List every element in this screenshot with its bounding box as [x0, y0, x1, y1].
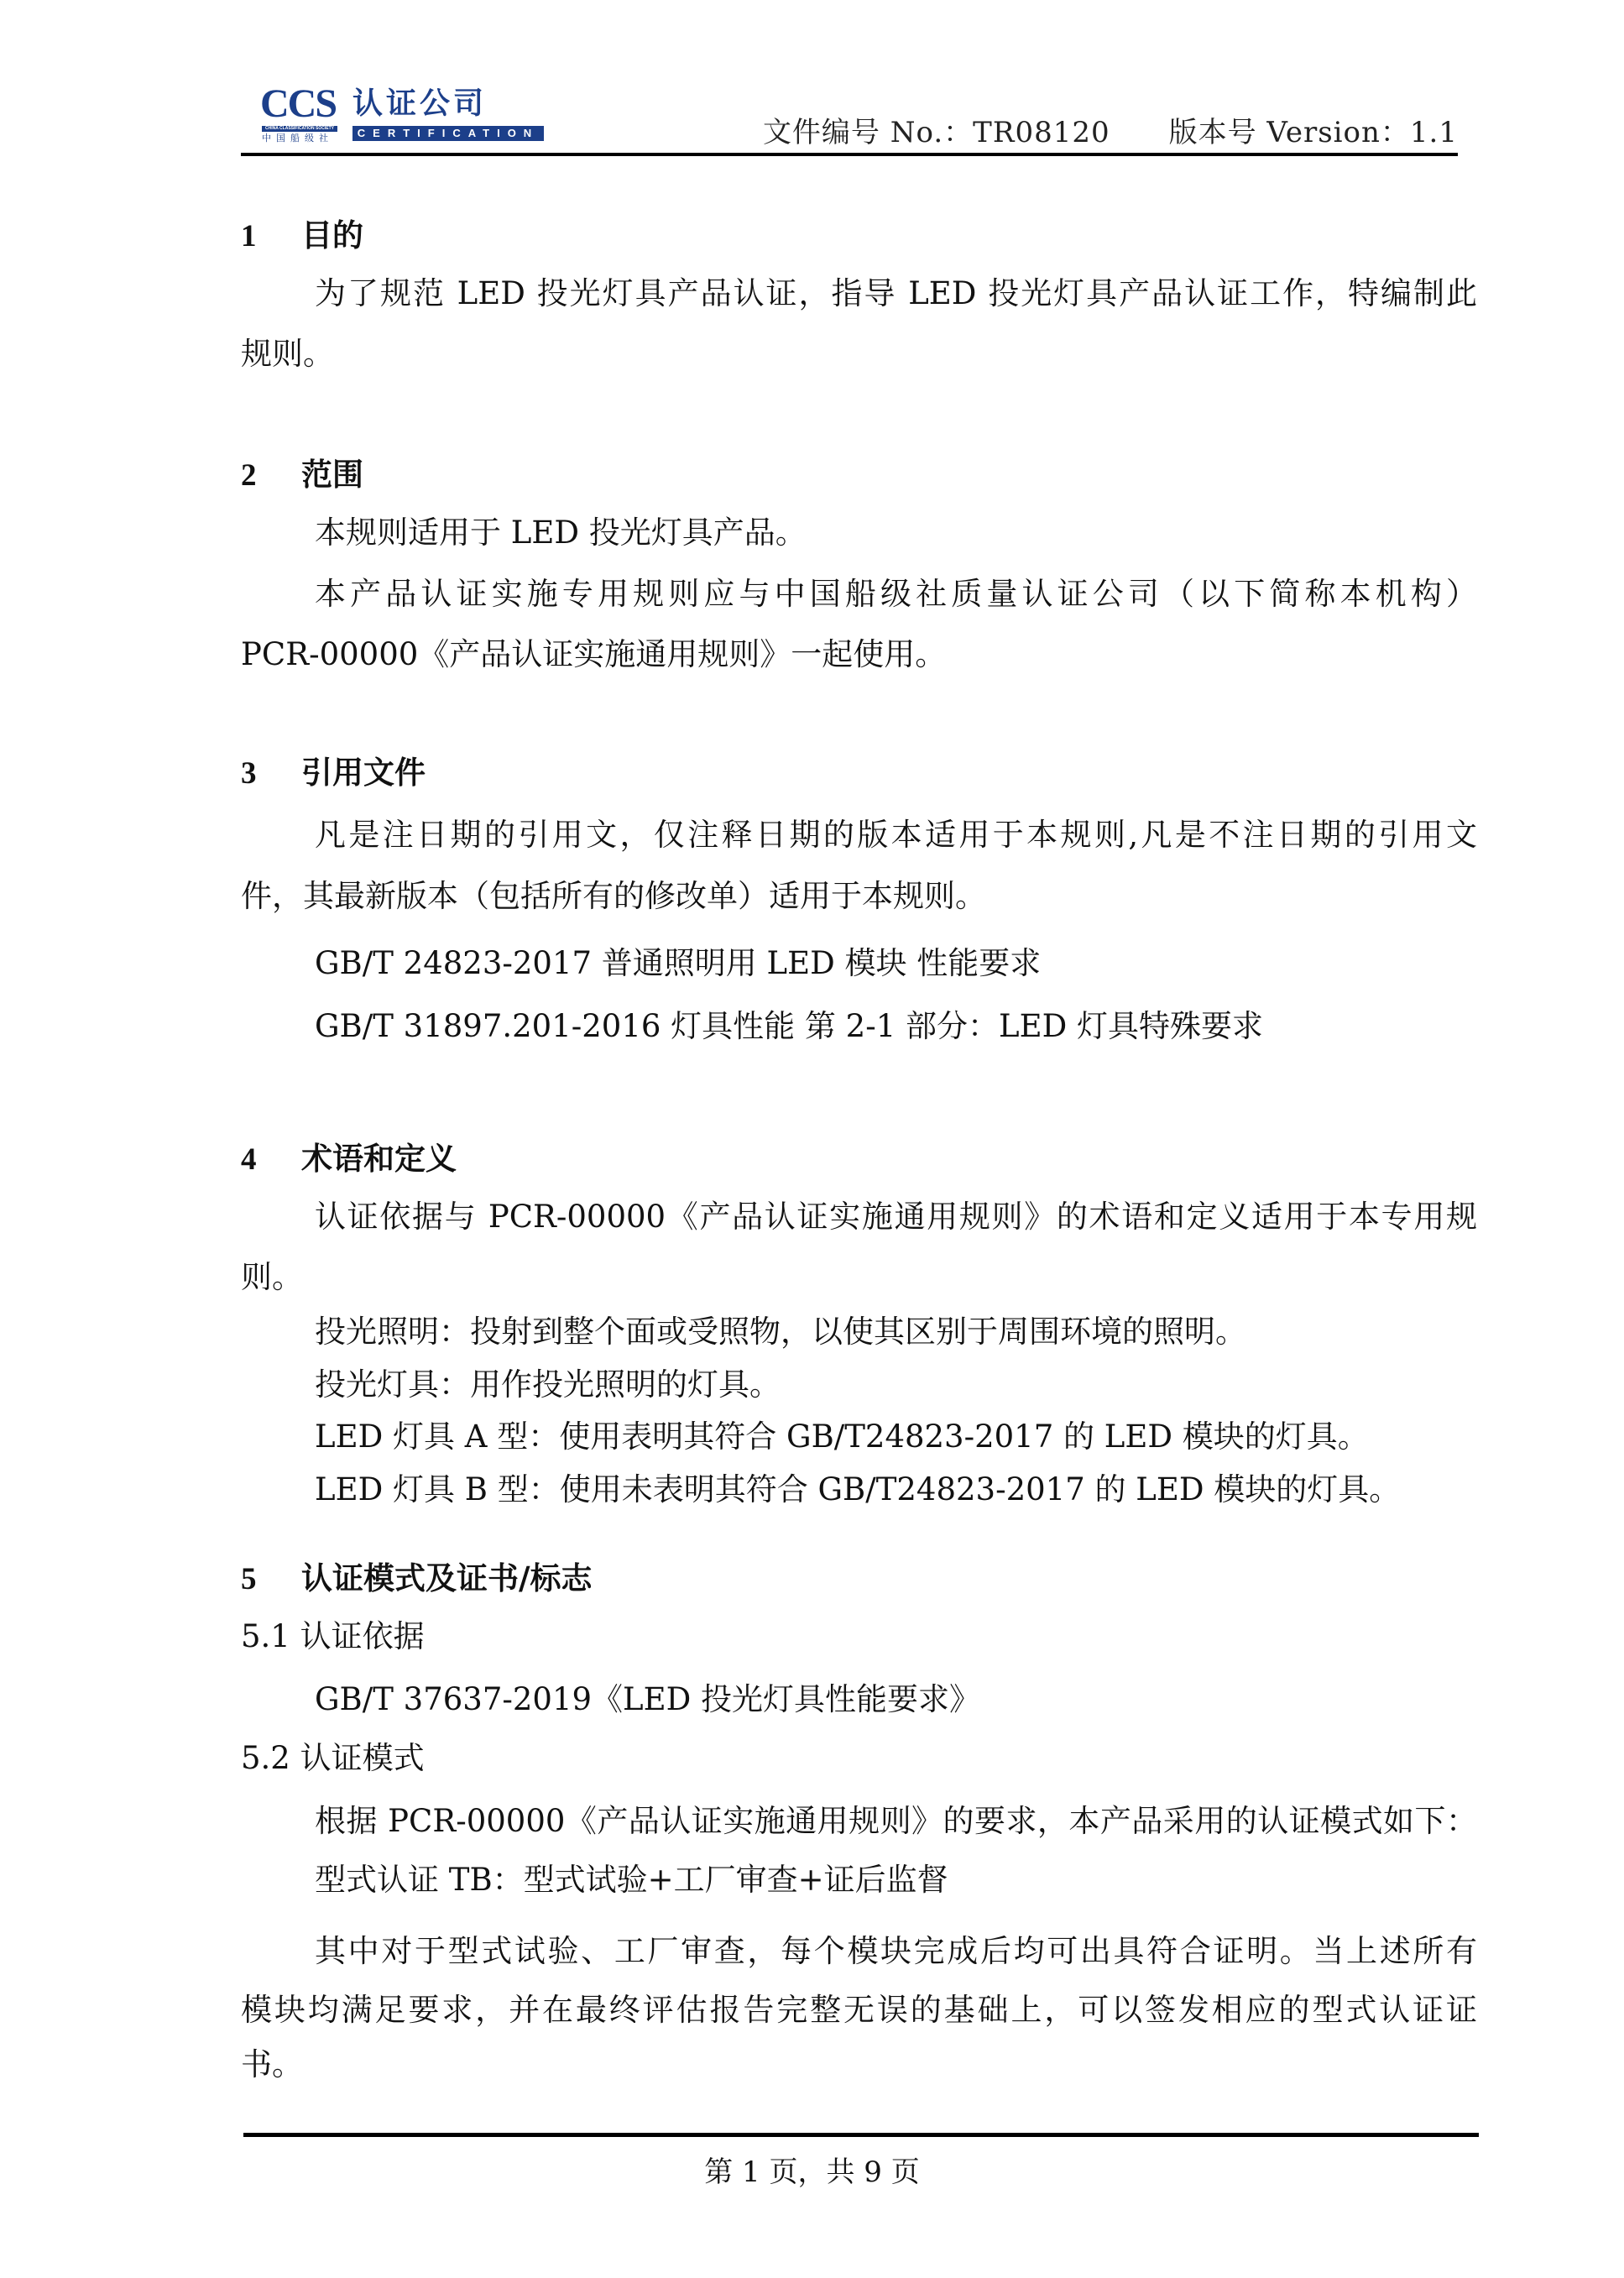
- paragraph-line: 其中对于型式试验、工厂审查，每个模块完成后均可出具符合证明。当上述所有: [315, 1933, 1477, 1970]
- paragraph-line: 本规则适用于 LED 投光灯具产品。: [315, 515, 1477, 551]
- definition-line: 投光灯具：用作投光照明的灯具。: [315, 1366, 1477, 1403]
- section-4-heading: 4术语和定义: [241, 1140, 1477, 1178]
- section-title: 引用文件: [301, 754, 426, 791]
- company-cn-label: 认证公司: [352, 87, 487, 121]
- paragraph-line: 为了规范 LED 投光灯具产品认证，指导 LED 投光灯具产品认证工作，特编制此: [315, 275, 1477, 312]
- section-title: 范围: [301, 456, 363, 493]
- section-number: 2: [241, 457, 301, 494]
- section-2-heading: 2范围: [241, 456, 1477, 494]
- paragraph-line: 认证依据与 PCR-00000《产品认证实施通用规则》的术语和定义适用于本专用规: [315, 1199, 1477, 1236]
- section-number: 4: [241, 1142, 301, 1178]
- section-title: 术语和定义: [301, 1140, 457, 1177]
- ccs-logo-mark: CCS: [260, 86, 336, 123]
- definition-line: 投光照明：投射到整个面或受照物，以使其区别于周围环境的照明。: [315, 1314, 1477, 1351]
- reference-line: GB/T 24823-2017 普通照明用 LED 模块 性能要求: [315, 945, 1477, 982]
- reference-line: GB/T 37637-2019《LED 投光灯具性能要求》: [315, 1681, 1477, 1718]
- section-number: 5: [241, 1561, 301, 1598]
- society-cn-label: 中国船级社: [262, 133, 333, 144]
- paragraph-line: 件，其最新版本（包括所有的修改单）适用于本规则。: [241, 878, 1477, 915]
- paragraph-line: 型式认证 TB：型式试验+工厂审查+证后监督: [315, 1862, 1477, 1899]
- section-3-heading: 3引用文件: [241, 754, 1477, 792]
- document-number: 文件编号 No.：TR08120 版本号 Version：1.1: [763, 109, 1458, 150]
- section-5-heading: 5认证模式及证书/标志: [241, 1560, 1477, 1598]
- paragraph-line: 凡是注日期的引用文，仅注释日期的版本适用于本规则,凡是不注日期的引用文: [315, 817, 1477, 854]
- paragraph-line: 本产品认证实施专用规则应与中国船级社质量认证公司（以下简称本机构）: [315, 576, 1477, 613]
- reference-line: GB/T 31897.201-2016 灯具性能 第 2-1 部分：LED 灯具…: [315, 1008, 1477, 1045]
- subsection-5-2-heading: 5.2 认证模式: [241, 1740, 1477, 1777]
- paragraph-line: 规则。: [241, 336, 1477, 373]
- section-number: 1: [241, 218, 301, 255]
- section-number: 3: [241, 755, 301, 792]
- society-en-label: CHINA CLASSIFICATION SOCIETY: [262, 126, 337, 132]
- paragraph-line: 模块均满足要求，并在最终评估报告完整无误的基础上，可以签发相应的型式认证证: [241, 1992, 1477, 2029]
- section-title: 认证模式及证书/标志: [301, 1560, 593, 1596]
- ccs-certification-logo: CCS CHINA CLASSIFICATION SOCIETY 中国船级社 认…: [252, 84, 554, 149]
- footer-rule: [243, 2133, 1479, 2137]
- company-en-label: CERTIFICATION: [352, 126, 544, 141]
- definition-line: LED 灯具 A 型：使用表明其符合 GB/T24823-2017 的 LED …: [315, 1419, 1477, 1455]
- section-title: 目的: [301, 217, 363, 253]
- paragraph-line: 则。: [241, 1259, 1477, 1296]
- paragraph-line: PCR-00000《产品认证实施通用规则》一起使用。: [241, 636, 1477, 673]
- subsection-5-1-heading: 5.1 认证依据: [241, 1618, 1477, 1655]
- definition-line: LED 灯具 B 型：使用未表明其符合 GB/T24823-2017 的 LED…: [315, 1471, 1477, 1508]
- header-rule: [241, 153, 1458, 156]
- paragraph-line: 书。: [241, 2046, 1477, 2083]
- page-number: 第 1 页，共 9 页: [0, 2149, 1624, 2190]
- paragraph-line: 根据 PCR-00000《产品认证实施通用规则》的要求，本产品采用的认证模式如下…: [315, 1803, 1477, 1840]
- section-1-heading: 1目的: [241, 217, 1477, 255]
